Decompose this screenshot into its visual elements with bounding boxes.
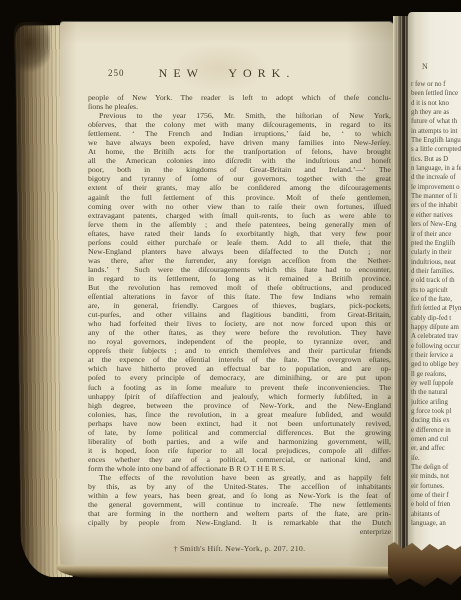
body-line: any of the other ſtates, as they were be… xyxy=(88,328,391,337)
body-line: New-England planters have always been di… xyxy=(88,247,391,256)
body-line: ences whether they are of a political, c… xyxy=(88,455,391,464)
fragment-line: th the natural xyxy=(411,388,461,397)
fragment-line: r their ſervice a xyxy=(411,351,461,360)
fragment-line: ey well ſuppoſe xyxy=(411,379,461,388)
body-line: people of New York. The reader is left t… xyxy=(88,93,391,102)
body-line: poſed to every principle of democracy, a… xyxy=(88,373,391,382)
fragment-line: The Engliſh langu xyxy=(411,136,461,145)
fragment-line: eir minds, not xyxy=(411,472,461,481)
body-line: coming over with no other view than to r… xyxy=(88,202,391,211)
body-line: obſerves, that the colony met with many … xyxy=(88,120,391,129)
fragment-line: d it is not kno xyxy=(411,99,461,108)
fragment-line: e following occur xyxy=(411,342,461,351)
body-line: eſtates, have rated their lands ſo exorb… xyxy=(88,229,391,238)
body-line: which have hitherto proved an effectual … xyxy=(88,364,391,373)
body-line: are, in general, friendly. Cargoes of th… xyxy=(88,301,391,310)
body-line: eſſential alterations in favor of this ſ… xyxy=(88,292,391,301)
fragment-line: The manner of li xyxy=(411,192,461,201)
body-line: cut-purſes, and other villains and flagi… xyxy=(88,310,391,319)
fragment-line: language, an xyxy=(411,519,461,528)
body-line: all the American colonies into diſcredit… xyxy=(88,156,391,165)
body-line: form the whole into one band of affectio… xyxy=(88,464,391,473)
fragment-line: juſtice ariſing xyxy=(411,398,461,407)
body-line: ſerve them in the aſſembly ; and theſe p… xyxy=(88,220,391,229)
fragment-line: future of what th xyxy=(411,117,461,126)
footnote: † Smith's Hiſt. New-York, p. 207. 210. xyxy=(88,544,391,553)
body-line: by this, as by any of the United-States.… xyxy=(88,482,391,491)
body-line: perhaps have now been extinct, had it no… xyxy=(88,419,391,428)
body-line: that are forming in the northern and weſ… xyxy=(88,509,391,518)
fragment-line: gh they are as xyxy=(411,108,461,117)
body-line: who had forfeited their lives to ſociety… xyxy=(88,319,391,328)
body-line: at the expence of the eſſential intereſt… xyxy=(88,355,391,364)
fragment-line: ll ge reaſons, xyxy=(411,370,461,379)
fragment-line: cularly in their xyxy=(411,248,461,257)
fragment-line: been ſettled ſince xyxy=(411,89,461,98)
fragment-line: lers of New-Eng xyxy=(411,220,461,229)
fragment-line: d the increaſe of xyxy=(411,173,461,182)
body-line: ſions he pleaſes. xyxy=(88,102,391,111)
book-corner-wear xyxy=(14,22,50,74)
fragment-line: er, and affec xyxy=(411,444,461,453)
body-line: perſons could either purchaſe or leaſe t… xyxy=(88,238,391,247)
fragment-line: The deſign of xyxy=(411,463,461,472)
body-line: the general government, will continue to… xyxy=(88,500,391,509)
right-page-header: N xyxy=(422,62,428,71)
fragment-line: rts to agricult xyxy=(411,286,461,295)
body-line: The effects of the revolution have been … xyxy=(88,473,391,482)
body-line: high degree, between the province of New… xyxy=(88,401,391,410)
body-line: At home, the Britiſh acts for the tranſp… xyxy=(88,147,391,156)
fragment-line: e old track of th xyxy=(411,276,461,285)
body-line: ſettlement. ‘ The French and Indian irru… xyxy=(88,129,391,138)
body-line: we have always been expoſed, have driven… xyxy=(88,138,391,147)
fragment-line: d their families. xyxy=(411,267,461,276)
body-line: was there, after the ſurrender, any fore… xyxy=(88,256,391,265)
body-line: of late, by ſome political and commercia… xyxy=(88,428,391,437)
fragment-line: e difference in xyxy=(411,426,461,435)
body-line: But the revolution has removed moſt of t… xyxy=(88,283,391,292)
fragment-line: ir of their ance xyxy=(411,230,461,239)
fragment-line: ers of the inhabit xyxy=(411,201,461,210)
body-line: cipally by people from New-England. It i… xyxy=(88,518,391,527)
body-line: unhappy ſpirit of diſaffection and jealo… xyxy=(88,392,391,401)
fragment-line: eir fortunes. xyxy=(411,482,461,491)
fragment-line: omen and cul xyxy=(411,435,461,444)
body-line: Previous to the year 1756, Mr. Smith, th… xyxy=(88,111,391,120)
book-photo: 250 NEW YORK. people of New York. The re… xyxy=(0,0,461,600)
body-line: ſuch a footing as in ſome meaſure to pre… xyxy=(88,383,391,392)
body-line: lands.’ † Such were the diſcouragements … xyxy=(88,265,391,274)
worn-corner xyxy=(388,541,461,589)
right-page-text-fragments: r few or no fbeen ſettled ſinced it is n… xyxy=(411,80,461,529)
fragment-line: ged to oblige bey xyxy=(411,360,461,369)
body-line: colonies, has, ſince the revolution, in … xyxy=(88,410,391,419)
book-gutter xyxy=(393,16,409,578)
fragment-line: r few or no f xyxy=(411,80,461,89)
fragment-line: ome of their f xyxy=(411,491,461,500)
fragment-line: tics. But as D xyxy=(411,155,461,164)
fragment-line: g force took pl xyxy=(411,407,461,416)
body-line: extravagant patents, charged with ſmall … xyxy=(88,211,391,220)
body-line: enterprize xyxy=(88,527,391,536)
fragment-line: ice of the ſtate, xyxy=(411,295,461,304)
fragment-line: happy diſpute am xyxy=(411,323,461,332)
fragment-line: iſe. xyxy=(411,454,461,463)
fragment-line: le improvement o xyxy=(411,183,461,192)
page-body-text: people of New York. The reader is left t… xyxy=(88,93,391,536)
fragment-line: e either natives xyxy=(411,211,461,220)
fragment-line: ducing this ex xyxy=(411,416,461,425)
fragment-line: s a little corrupted xyxy=(411,145,461,154)
body-line: no royal governors, independent of the p… xyxy=(88,337,391,346)
fragment-line: induſtrious, neat xyxy=(411,258,461,267)
book-bottom-edge xyxy=(56,565,398,580)
fragment-line: abitants of xyxy=(411,510,461,519)
fragment-line: pted the Engliſh xyxy=(411,239,461,248)
body-line: extent of their grants, may alſo be conſ… xyxy=(88,183,391,192)
body-line: againſt the full ſettlement of this prov… xyxy=(88,193,391,202)
left-page: 250 NEW YORK. people of New York. The re… xyxy=(60,22,394,568)
body-line: it is hoped, ſoon riſe ſuperior to all l… xyxy=(88,446,391,455)
body-line: poor, both in the kingdoms of Great-Brit… xyxy=(88,165,391,174)
fragment-line: n language, in a fe xyxy=(411,164,461,173)
right-page-sliver: N r few or no fbeen ſettled ſinced it is… xyxy=(408,12,461,552)
running-header: NEW YORK. xyxy=(60,66,394,81)
fragment-line: e hold of frien xyxy=(411,500,461,509)
body-line: bigotry and tyranny of ſome of our gover… xyxy=(88,174,391,183)
body-line: in regard to its ſettlement, ſo long as … xyxy=(88,274,391,283)
body-line: within a few years, has been great, and … xyxy=(88,491,391,500)
body-line: oppreſs their ſubjects ; and to enrich t… xyxy=(88,346,391,355)
body-line: liberality of both parties, and a wiſe a… xyxy=(88,437,391,446)
fragment-line: cably dip-fed t xyxy=(411,314,461,323)
fragment-line: in attempts to int xyxy=(411,127,461,136)
fragment-line: firſt ſettled at Plym xyxy=(411,304,461,313)
fragment-line: A celebrated trav xyxy=(411,332,461,341)
